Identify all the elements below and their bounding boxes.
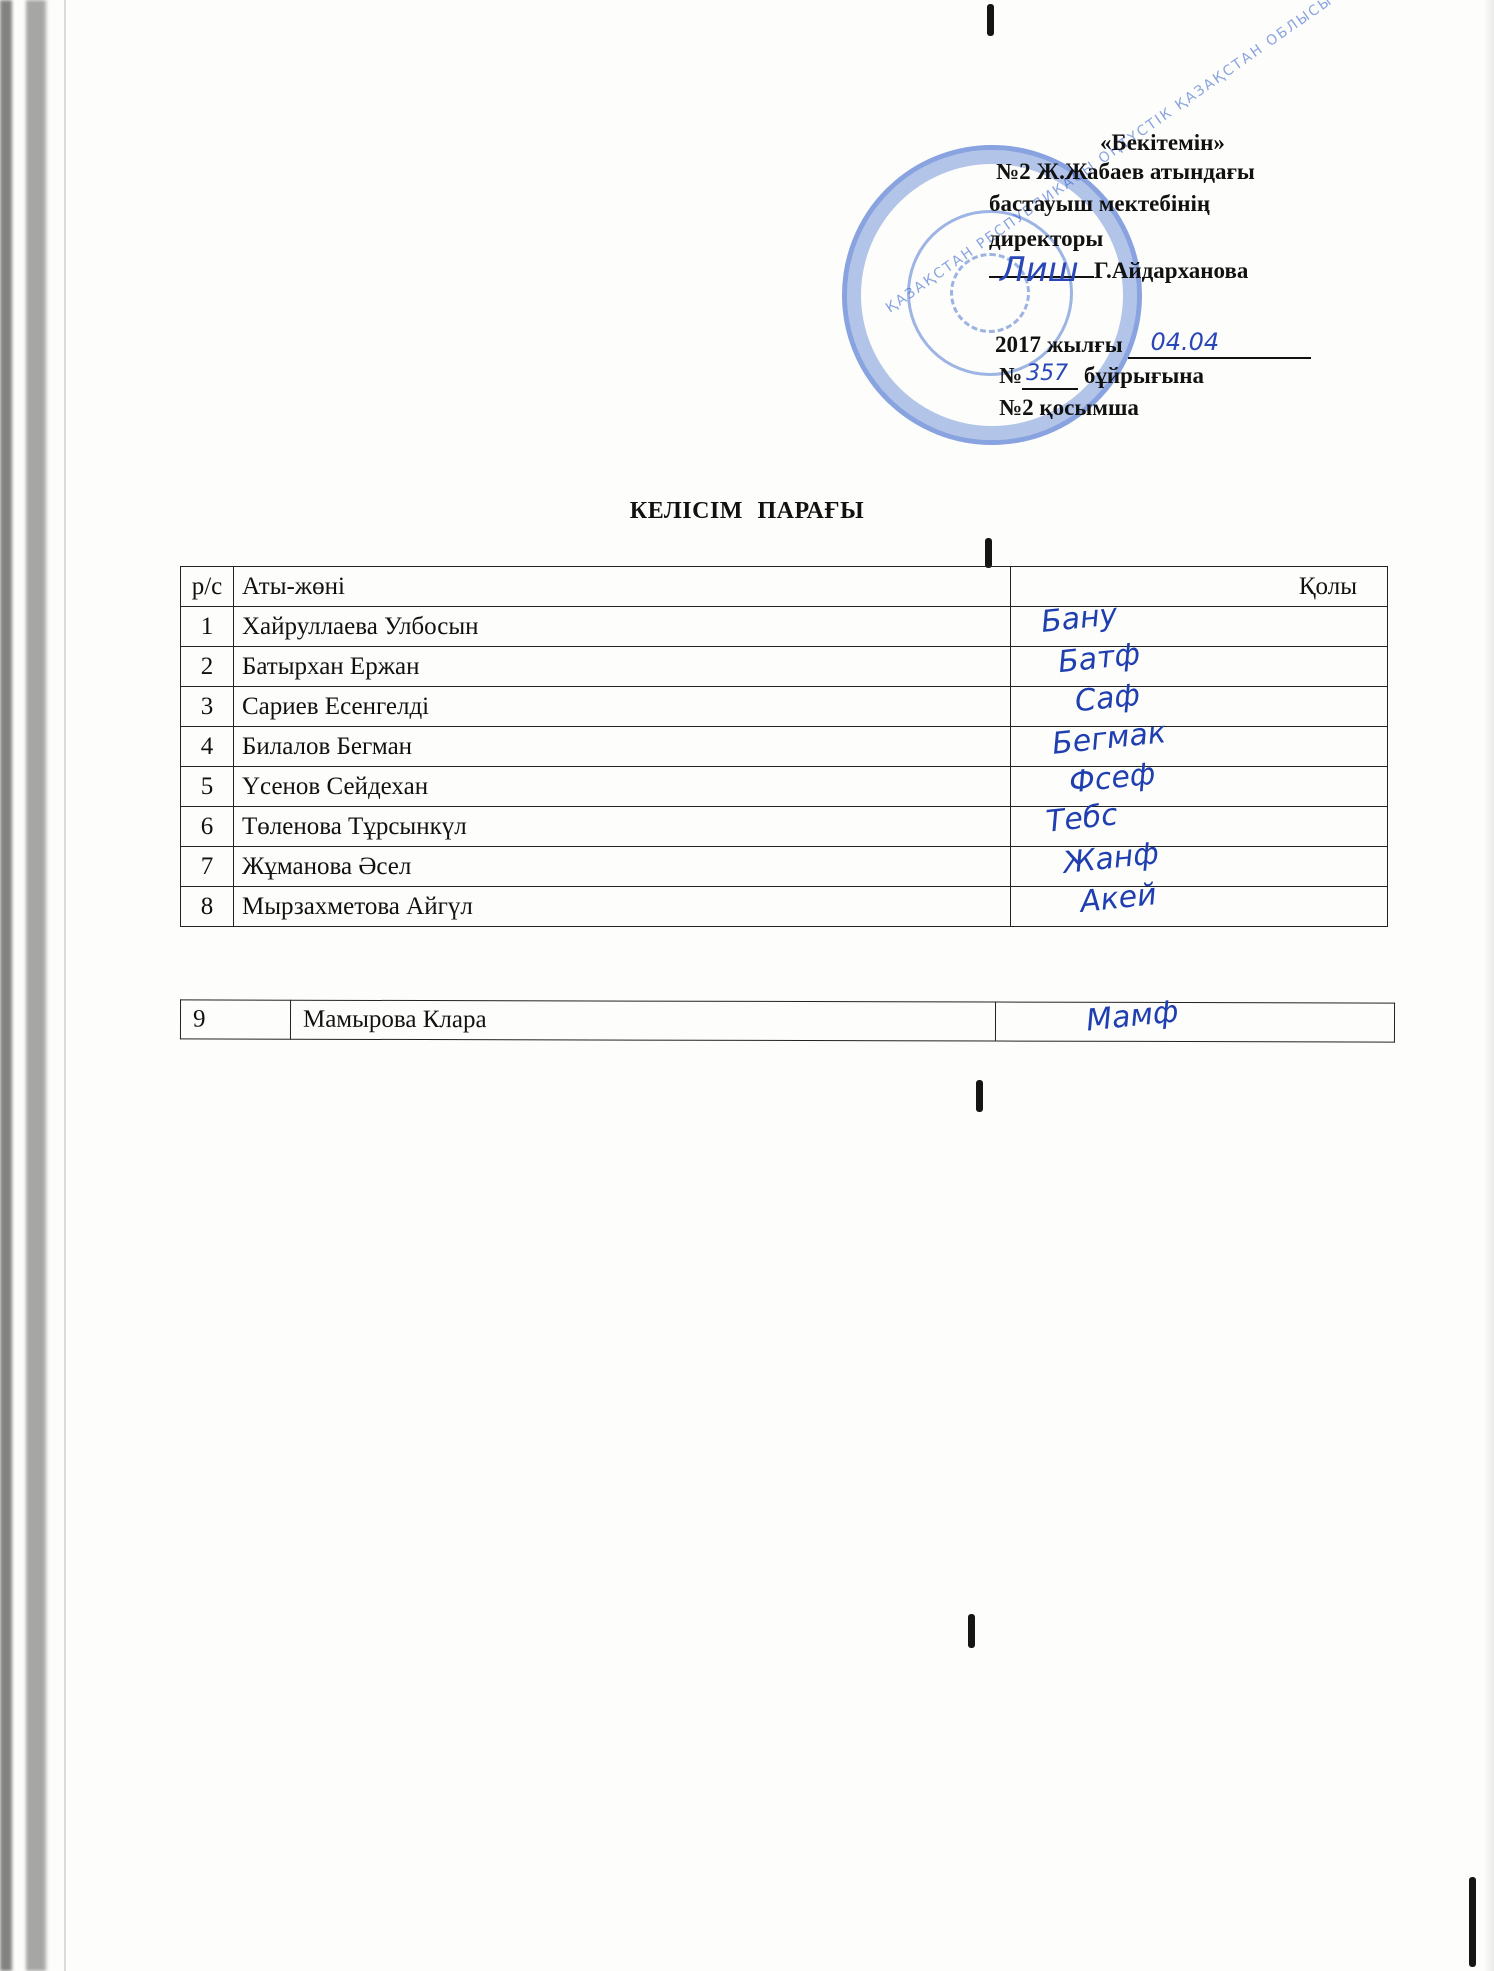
approval-position: директоры <box>989 226 1103 251</box>
row-signature-cell: Тебс <box>1011 807 1388 847</box>
scan-mark <box>987 4 994 36</box>
agreement-table: р/с Аты-жөні Қолы 1Хайруллаева УлбосынБа… <box>180 566 1388 927</box>
row-num: 9 <box>180 1000 290 1039</box>
row-num: 1 <box>181 607 234 647</box>
row-signature-cell: Саф <box>1011 687 1388 727</box>
appendix-label: №2 қосымша <box>999 395 1139 420</box>
table-row: 5Үсенов СейдеханФсеф <box>181 767 1388 807</box>
date-prefix: 2017 жылғы <box>995 332 1123 357</box>
scan-edge-left <box>0 0 48 1971</box>
row-name: Хайруллаева Улбосын <box>234 607 1011 647</box>
row-signature: Батф <box>1056 637 1141 680</box>
table-row: 9 Мамырова Клара Мамф <box>180 1000 1394 1042</box>
scan-mark <box>1469 1877 1476 1967</box>
scan-edge-right <box>1484 0 1494 1971</box>
row-num: 6 <box>181 807 234 847</box>
row-name: Билалов Бегман <box>234 727 1011 767</box>
approval-school-line: №2 Ж.Жабаев атындағы <box>996 159 1255 184</box>
row-num: 2 <box>181 647 234 687</box>
row-signature: Бану <box>1039 597 1119 640</box>
table-row: 1Хайруллаева УлбосынБану <box>181 607 1388 647</box>
row-signature: Мамф <box>1084 994 1180 1038</box>
row-signature: Фсеф <box>1067 757 1157 801</box>
row-num: 7 <box>181 847 234 887</box>
header-name: Аты-жөні <box>234 567 1011 607</box>
scan-mark <box>976 1080 983 1112</box>
header-signature: Қолы <box>1011 567 1388 607</box>
header-num: р/с <box>181 567 234 607</box>
director-signature: Лиш <box>1000 250 1079 290</box>
row-signature-cell: Бану <box>1011 607 1388 647</box>
scan-edge-line <box>64 0 66 1971</box>
row-name: Жұманова Әсел <box>234 847 1011 887</box>
approval-date-line: 2017 жылғы 04.04 <box>995 332 1311 359</box>
scan-mark <box>985 538 992 568</box>
row-num: 8 <box>181 887 234 927</box>
table-row: 4Билалов БегманБегмак <box>181 727 1388 767</box>
approval-heading: «Бекітемін» <box>1100 130 1225 155</box>
row-name: Мамырова Клара <box>290 1000 995 1041</box>
row-name: Төленова Тұрсынкүл <box>234 807 1011 847</box>
row-signature-cell: Мамф <box>995 1002 1394 1042</box>
table-row: 3Сариев ЕсенгелдіСаф <box>181 687 1388 727</box>
date-field: 04.04 <box>1128 332 1311 359</box>
table-header-row: р/с Аты-жөні Қолы <box>181 567 1388 607</box>
table-row: 7Жұманова ӘселЖанф <box>181 847 1388 887</box>
date-handwritten: 04.04 <box>1150 330 1219 355</box>
document-title: КЕЛІСІМ ПАРАҒЫ <box>0 498 1494 525</box>
row-num: 3 <box>181 687 234 727</box>
row-signature-cell: Батф <box>1011 647 1388 687</box>
approval-school-line2: бастауыш мектебінің <box>989 191 1210 216</box>
order-number-field: 357 <box>1022 363 1078 390</box>
row-name: Батырхан Ержан <box>234 647 1011 687</box>
agreement-table-extra: 9 Мамырова Клара Мамф <box>180 999 1395 1042</box>
row-signature: Акей <box>1078 877 1158 920</box>
row-signature: Саф <box>1073 678 1141 720</box>
approval-order-line: №357 бұйрығына <box>999 363 1204 390</box>
row-name: Мырзахметова Айгүл <box>234 887 1011 927</box>
row-signature-cell: Фсеф <box>1011 767 1388 807</box>
order-number-handwritten: 357 <box>1026 361 1068 386</box>
row-num: 5 <box>181 767 234 807</box>
row-signature-cell: Жанф <box>1011 847 1388 887</box>
row-signature-cell: Бегмак <box>1011 727 1388 767</box>
row-num: 4 <box>181 727 234 767</box>
row-name: Сариев Есенгелді <box>234 687 1011 727</box>
order-suffix: бұйрығына <box>1084 363 1204 388</box>
table-row: 8Мырзахметова АйгүлАкей <box>181 887 1388 927</box>
row-signature: Тебс <box>1044 797 1119 839</box>
scan-mark <box>968 1614 975 1648</box>
table-row: 2Батырхан ЕржанБатф <box>181 647 1388 687</box>
row-signature-cell: Акей <box>1011 887 1388 927</box>
director-name: Г.Айдарханова <box>1094 258 1248 283</box>
table-row: 6Төленова ТұрсынкүлТебс <box>181 807 1388 847</box>
row-name: Үсенов Сейдехан <box>234 767 1011 807</box>
order-prefix: № <box>999 363 1022 388</box>
